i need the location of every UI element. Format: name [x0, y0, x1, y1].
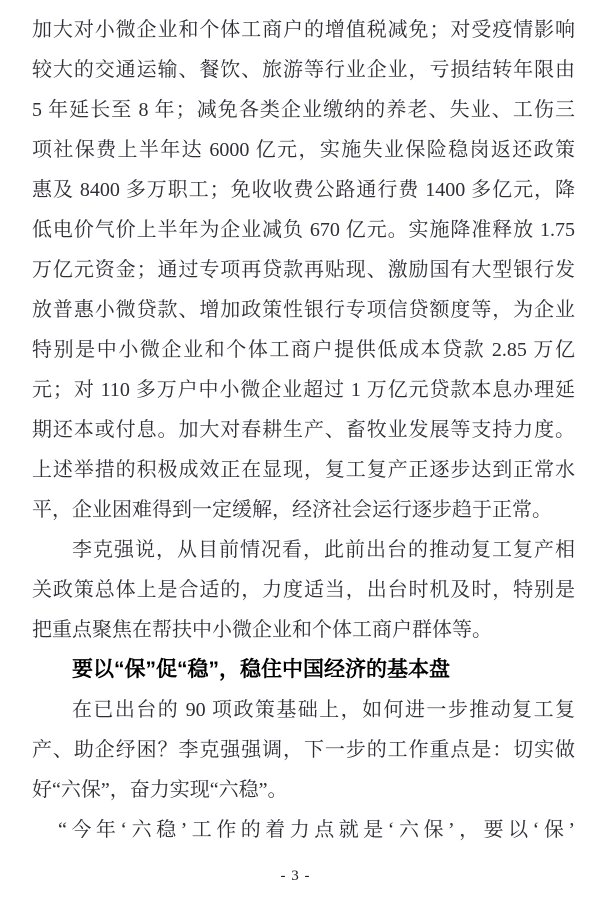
text-line: 低电价气价上半年为企业减负 670 亿元。实施降准释放 1.75: [32, 210, 575, 250]
text-line: 特别是中小微企业和个体工商户提供低成本贷款 2.85 万亿: [32, 330, 575, 370]
page-footer: - 3 -: [0, 866, 591, 886]
text-line: 5 年延长至 8 年；减免各类企业缴纳的养老、失业、工伤三: [32, 90, 575, 130]
text-line: 在已出台的 90 项政策基础上，如何进一步推动复工复: [32, 690, 575, 730]
text-line: 元；对 110 多万户中小微企业超过 1 万亿元贷款本息办理延: [32, 370, 575, 410]
text-line: 关政策总体上是合适的，力度适当，出台时机及时，特别是: [32, 570, 575, 610]
text-line: 惠及 8400 多万职工；免收收费公路通行费 1400 多亿元，降: [32, 170, 575, 210]
text-line: 好“六保”，奋力实现“六稳”。: [32, 770, 575, 810]
text-line: 上述举措的积极成效正在显现，复工复产正逐步达到正常水: [32, 450, 575, 490]
text-line: 李克强说，从目前情况看，此前出台的推动复工复产相: [32, 530, 575, 570]
text-line: 项社保费上半年达 6000 亿元，实施失业保险稳岗返还政策: [32, 130, 575, 170]
text-line: 期还本或付息。加大对春耕生产、畜牧业发展等支持力度。: [32, 410, 575, 450]
text-line: 平，企业困难得到一定缓解，经济社会运行逐步趋于正常。: [32, 490, 575, 530]
text-line: “今年‘六稳’工作的着力点就是‘六保’，要以‘保’: [32, 810, 575, 850]
document-page: 加大对小微企业和个体工商户的增值税减免；对受疫情影响较大的交通运输、餐饮、旅游等…: [0, 0, 591, 905]
page-number: - 3 -: [281, 868, 311, 884]
text-line: 较大的交通运输、餐饮、旅游等行业企业，亏损结转年限由: [32, 50, 575, 90]
text-line: 万亿元资金；通过专项再贷款再贴现、激励国有大型银行发: [32, 250, 575, 290]
section-heading: 要以“保”促“稳”，稳住中国经济的基本盘: [32, 650, 575, 690]
text-line: 放普惠小微贷款、增加政策性银行专项信贷额度等，为企业: [32, 290, 575, 330]
text-line: 加大对小微企业和个体工商户的增值税减免；对受疫情影响: [32, 10, 575, 50]
text-line: 把重点聚焦在帮扶中小微企业和个体工商户群体等。: [32, 610, 575, 650]
document-content: 加大对小微企业和个体工商户的增值税减免；对受疫情影响较大的交通运输、餐饮、旅游等…: [0, 0, 591, 850]
text-line: 产、助企纾困？李克强强调，下一步的工作重点是：切实做: [32, 730, 575, 770]
